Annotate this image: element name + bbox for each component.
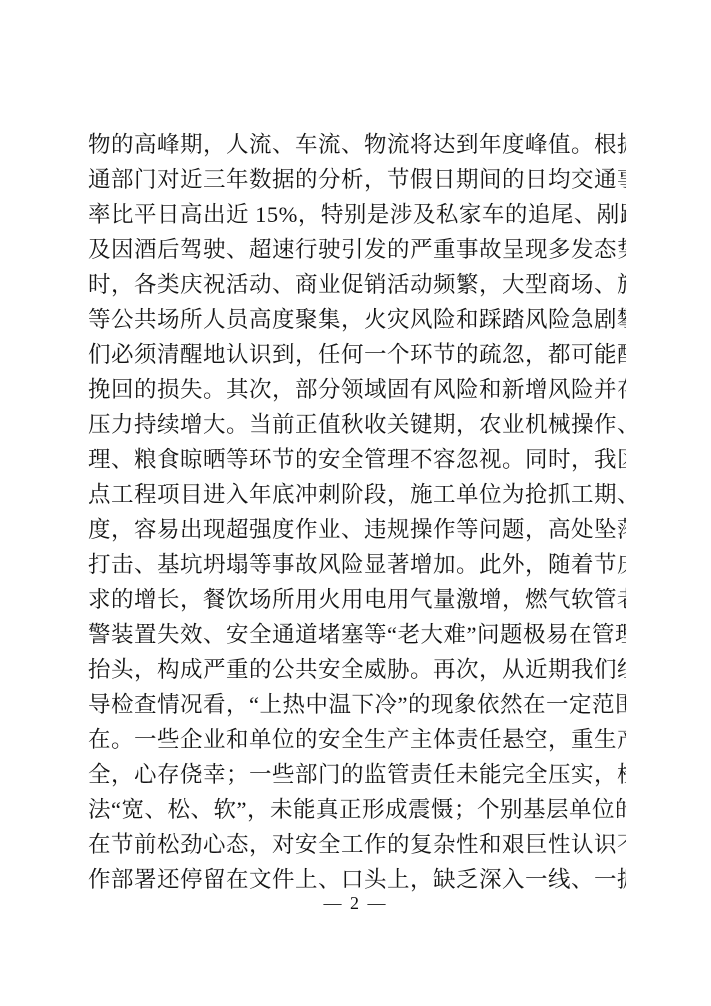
text-line: 物的高峰期，人流、车流、物流将达到年度峰值。根据市级交: [88, 127, 626, 162]
text-line: 法“宽、松、软”，未能真正形成震慑；个别基层单位的干部存: [88, 792, 626, 827]
text-line: 打击、基坑坍塌等事故风险显著增加。此外，随着节庆消费需: [88, 547, 626, 582]
text-line: 求的增长，餐饮场所用火用电用气量激增，燃气软管老化、报: [88, 582, 626, 617]
text-line: 等公共场所人员高度聚集，火灾风险和踩踏风险急剧攀升。我: [88, 302, 626, 337]
text-line: 理、粮食晾晒等环节的安全管理不容忽视。同时，我区一批重: [88, 442, 626, 477]
text-line: 挽回的损失。其次，部分领域固有风险和新增风险并存，防范: [88, 372, 626, 407]
body-text-block: 物的高峰期，人流、车流、物流将达到年度峰值。根据市级交 通部门对近三年数据的分析…: [88, 127, 626, 897]
text-line: 率比平日高出近 15%，特别是涉及私家车的追尾、剐蹭事故以: [88, 197, 626, 232]
text-line: 压力持续增大。当前正值秋收关键期，农业机械操作、秸秆处: [88, 407, 626, 442]
text-line: 及因酒后驾驶、超速行驶引发的严重事故呈现多发态势。同: [88, 232, 626, 267]
page-footer: — 2 —: [0, 893, 711, 914]
page-number: — 2 —: [324, 893, 388, 913]
text-line: 们必须清醒地认识到，任何一个环节的疏忽，都可能酿成无法: [88, 337, 626, 372]
text-line: 在节前松劲心态，对安全工作的复杂性和艰巨性认识不足，工: [88, 827, 626, 862]
text-line: 度，容易出现超强度作业、违规操作等问题，高处坠落、物体: [88, 512, 626, 547]
text-line: 警装置失效、安全通道堵塞等“老大难”问题极易在管理松懈中: [88, 617, 626, 652]
text-line: 时，各类庆祝活动、商业促销活动频繁，大型商场、旅游景点: [88, 267, 626, 302]
text-line: 在。一些企业和单位的安全生产主体责任悬空，重生产、轻安: [88, 722, 626, 757]
text-line: 导检查情况看，“上热中温下冷”的现象依然在一定范围内存: [88, 687, 626, 722]
document-page: 物的高峰期，人流、车流、物流将达到年度峰值。根据市级交 通部门对近三年数据的分析…: [0, 0, 711, 1006]
text-line: 抬头，构成严重的公共安全威胁。再次，从近期我们组织的督: [88, 652, 626, 687]
text-line: 点工程项目进入年底冲刺阶段，施工单位为抢抓工期、赶超进: [88, 477, 626, 512]
text-line: 全，心存侥幸；一些部门的监管责任未能完全压实，检查执: [88, 757, 626, 792]
text-line: 通部门对近三年数据的分析，节假日期间的日均交通事故发生: [88, 162, 626, 197]
text-line: 作部署还停留在文件上、口头上，缺乏深入一线、一抓到底的: [88, 862, 626, 897]
